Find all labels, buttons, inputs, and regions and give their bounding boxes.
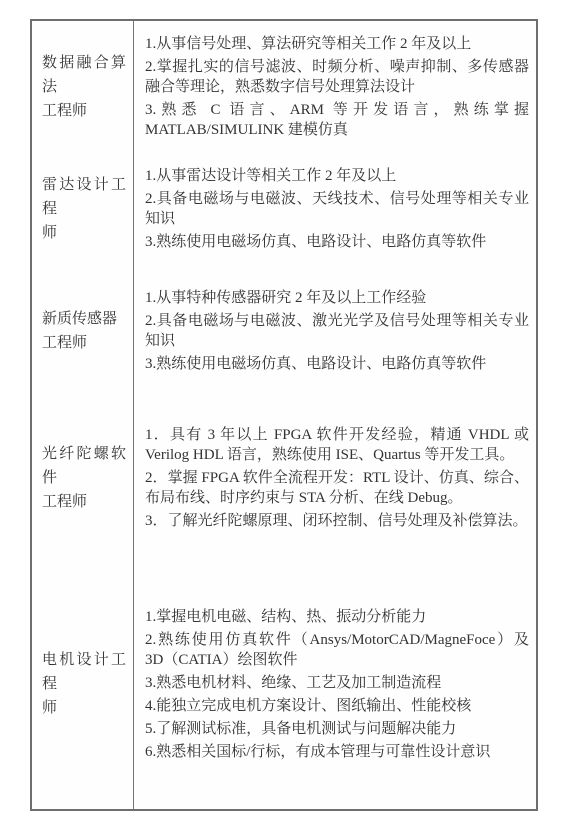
requirement-item: 3.熟悉 C 语言、ARM 等开发语言，熟练掌握 MATLAB/SIMULINK… — [145, 100, 529, 140]
requirement-item: 1．具有 3 年以上 FPGA 软件开发经验，精通 VHDL 或 Verilog… — [145, 425, 529, 465]
requirement-item: 4.能独立完成电机方案设计、图纸输出、性能校核 — [145, 696, 529, 716]
job-title-line: 雷达设计工程 — [42, 173, 126, 221]
job-title-line: 师 — [42, 696, 126, 720]
job-title-line: 新质传感器 — [42, 307, 126, 331]
job-title-cell-motor-design: 电机设计工程 师 — [32, 559, 134, 809]
requirement-item: 5.了解测试标准，具备电机测试与问题解决能力 — [145, 719, 529, 739]
requirement-item: 1.从事信号处理、算法研究等相关工作 2 年及以上 — [145, 34, 529, 54]
job-title-line: 数据融合算法 — [42, 51, 126, 99]
job-title-line: 工程师 — [42, 99, 126, 123]
job-title-line: 光纤陀螺软件 — [42, 442, 126, 490]
requirement-item: 6.熟悉相关国标/行标，有成本管理与可靠性设计意识 — [145, 742, 529, 762]
job-requirements-cell-radar-design: 1.从事雷达设计等相关工作 2 年及以上 2.具备电磁场与电磁波、天线技术、信号… — [134, 153, 536, 264]
requirement-item: 2．掌握 FPGA 软件全流程开发：RTL 设计、仿真、综合、布局布线、时序约束… — [145, 468, 529, 508]
requirement-item: 1.从事雷达设计等相关工作 2 年及以上 — [145, 166, 529, 186]
job-requirements-cell-fog-software: 1．具有 3 年以上 FPGA 软件开发经验，精通 VHDL 或 Verilog… — [134, 397, 536, 559]
requirement-item: 1.掌握电机电磁、结构、热、振动分析能力 — [145, 607, 529, 627]
job-requirements-cell-motor-design: 1.掌握电机电磁、结构、热、振动分析能力 2.熟练使用仿真软件（Ansys/Mo… — [134, 559, 536, 809]
requirement-item: 2.具备电磁场与电磁波、激光光学及信号处理等相关专业知识 — [145, 311, 529, 351]
requirement-item: 3．了解光纤陀螺原理、闭环控制、信号处理及补偿算法。 — [145, 511, 529, 531]
requirement-item: 3.熟练使用电磁场仿真、电路设计、电路仿真等软件 — [145, 232, 529, 252]
job-title-cell-data-fusion: 数据融合算法 工程师 — [32, 21, 134, 153]
job-title-line: 工程师 — [42, 490, 126, 514]
job-requirements-table: 数据融合算法 工程师 1.从事信号处理、算法研究等相关工作 2 年及以上 2.掌… — [30, 19, 538, 811]
requirement-item: 3.熟练使用电磁场仿真、电路设计、电路仿真等软件 — [145, 354, 529, 374]
requirement-item: 2.熟练使用仿真软件（Ansys/MotorCAD/MagneFoce）及 3D… — [145, 630, 529, 670]
job-title-line: 师 — [42, 221, 126, 245]
job-title-line: 工程师 — [42, 331, 126, 355]
job-requirements-cell-new-sensor: 1.从事特种传感器研究 2 年及以上工作经验 2.具备电磁场与电磁波、激光光学及… — [134, 264, 536, 397]
job-title-cell-new-sensor: 新质传感器 工程师 — [32, 264, 134, 397]
job-requirements-cell-data-fusion: 1.从事信号处理、算法研究等相关工作 2 年及以上 2.掌握扎实的信号滤波、时频… — [134, 21, 536, 153]
job-title-line: 电机设计工程 — [42, 648, 126, 696]
job-title-cell-radar-design: 雷达设计工程 师 — [32, 153, 134, 264]
requirement-item: 3.熟悉电机材料、绝缘、工艺及加工制造流程 — [145, 673, 529, 693]
requirement-item: 2.掌握扎实的信号滤波、时频分析、噪声抑制、多传感器融合等理论，熟悉数字信号处理… — [145, 57, 529, 97]
job-title-cell-fog-software: 光纤陀螺软件 工程师 — [32, 397, 134, 559]
requirement-item: 1.从事特种传感器研究 2 年及以上工作经验 — [145, 288, 529, 308]
requirement-item: 2.具备电磁场与电磁波、天线技术、信号处理等相关专业知识 — [145, 189, 529, 229]
